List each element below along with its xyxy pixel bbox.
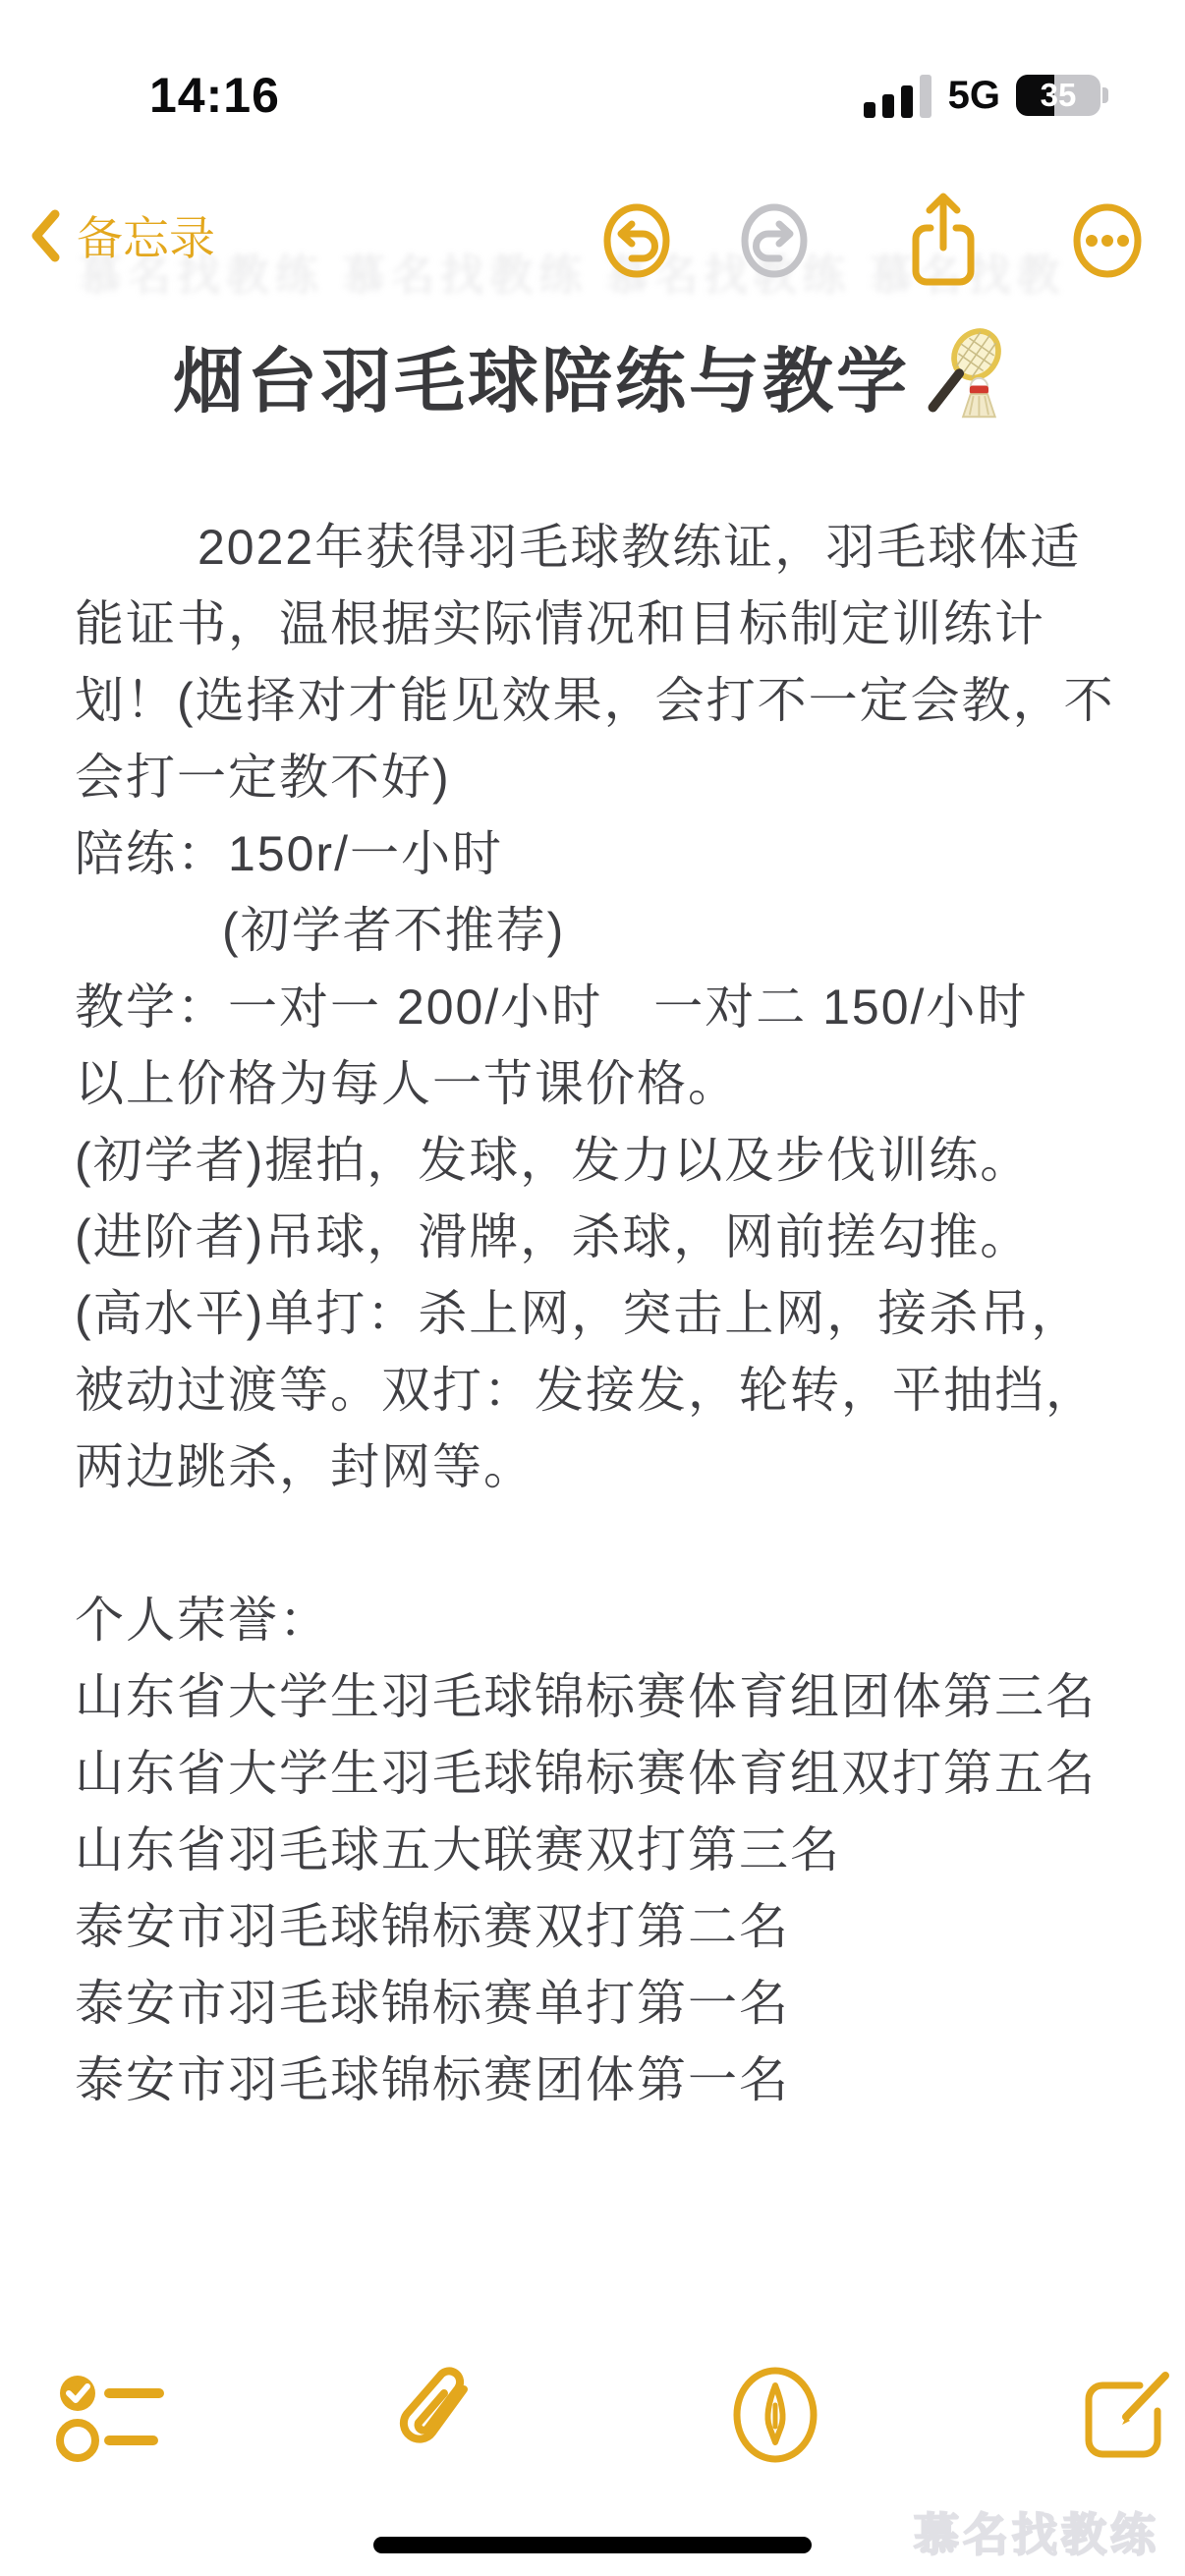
body-line: (进阶者)吊球，滑牌，杀球，网前搓勾推。 xyxy=(75,1199,1126,1275)
body-line: 两边跳杀，封网等。 xyxy=(75,1428,1126,1505)
undo-icon xyxy=(601,201,672,280)
watermark: 慕名找教练 xyxy=(914,2499,1159,2564)
markup-button[interactable] xyxy=(731,2366,819,2469)
body-line: 以上价格为每人一节课价格。 xyxy=(75,1045,1126,1122)
status-time: 14:16 xyxy=(149,67,280,124)
status-bar-right: 5G 35 xyxy=(864,73,1100,118)
network-type-label: 5G xyxy=(948,74,1000,118)
body-line: 教学：一对一 200/小时 一对二 150/小时 xyxy=(75,969,1126,1045)
body-line: (高水平)单打：杀上网，突击上网，接杀吊， xyxy=(75,1275,1126,1352)
attachment-button[interactable] xyxy=(395,2362,489,2475)
body-line: 山东省大学生羽毛球锦标赛体育组团体第三名 xyxy=(75,1658,1126,1735)
battery-icon: 35 xyxy=(1016,75,1100,116)
chevron-left-icon xyxy=(29,209,61,262)
back-button-label: 备忘录 xyxy=(77,202,215,268)
home-indicator[interactable] xyxy=(373,2537,812,2553)
more-button[interactable] xyxy=(1071,201,1144,285)
note-title-text: 烟台羽毛球陪练与教学 xyxy=(173,324,910,426)
compose-icon xyxy=(1079,2364,1177,2462)
body-line: 陪练：150r/一小时 xyxy=(75,815,1126,892)
badminton-emoji xyxy=(918,328,1012,422)
checklist-button[interactable] xyxy=(55,2372,169,2467)
checklist-icon xyxy=(55,2372,169,2462)
body-line: 山东省大学生羽毛球锦标赛体育组双打第五名 xyxy=(75,1735,1126,1812)
cellular-signal-icon xyxy=(864,73,932,118)
share-icon xyxy=(906,191,981,287)
compose-button[interactable] xyxy=(1079,2364,1177,2467)
body-line: 会打一定教不好) xyxy=(75,739,1126,815)
body-line: 泰安市羽毛球锦标赛单打第一名 xyxy=(75,1965,1126,2042)
share-button[interactable] xyxy=(906,191,981,292)
body-line: 个人荣誉： xyxy=(75,1582,1126,1658)
redo-icon xyxy=(739,201,810,280)
body-line: 能证书，温根据实际情况和目标制定训练计 xyxy=(75,586,1126,662)
markup-pen-icon xyxy=(731,2366,819,2464)
body-line: 划！(选择对才能见效果，会打不一定会教，不 xyxy=(75,662,1126,739)
body-line: (初学者)握拍，发球，发力以及步伐训练。 xyxy=(75,1122,1126,1199)
body-line: 泰安市羽毛球锦标赛双打第二名 xyxy=(75,1888,1126,1965)
undo-button[interactable] xyxy=(601,201,672,285)
body-line: 2022年获得羽毛球教练证，羽毛球体适 xyxy=(75,509,1126,586)
paperclip-icon xyxy=(395,2362,489,2470)
body-line: (初学者不推荐) xyxy=(75,892,1126,969)
battery-cap xyxy=(1102,87,1108,103)
notes-app-screen: 14:16 5G 35 慕名找教练 慕名找教练 慕名找教练 慕名找教练 备忘录 xyxy=(0,0,1185,2576)
body-line xyxy=(75,1505,1126,1582)
note-body[interactable]: 2022年获得羽毛球教练证，羽毛球体适能证书，温根据实际情况和目标制定训练计划！… xyxy=(75,509,1126,2118)
ellipsis-circle-icon xyxy=(1071,201,1144,280)
redo-button[interactable] xyxy=(739,201,810,285)
body-line: 山东省羽毛球五大联赛双打第三名 xyxy=(75,1812,1126,1888)
back-button[interactable]: 备忘录 xyxy=(29,202,215,268)
battery-percent-label: 35 xyxy=(1016,75,1100,116)
body-line: 泰安市羽毛球锦标赛团体第一名 xyxy=(75,2042,1126,2118)
note-title: 烟台羽毛球陪练与教学 xyxy=(0,324,1185,426)
body-line: 被动过渡等。双打：发接发，轮转，平抽挡， xyxy=(75,1352,1126,1428)
